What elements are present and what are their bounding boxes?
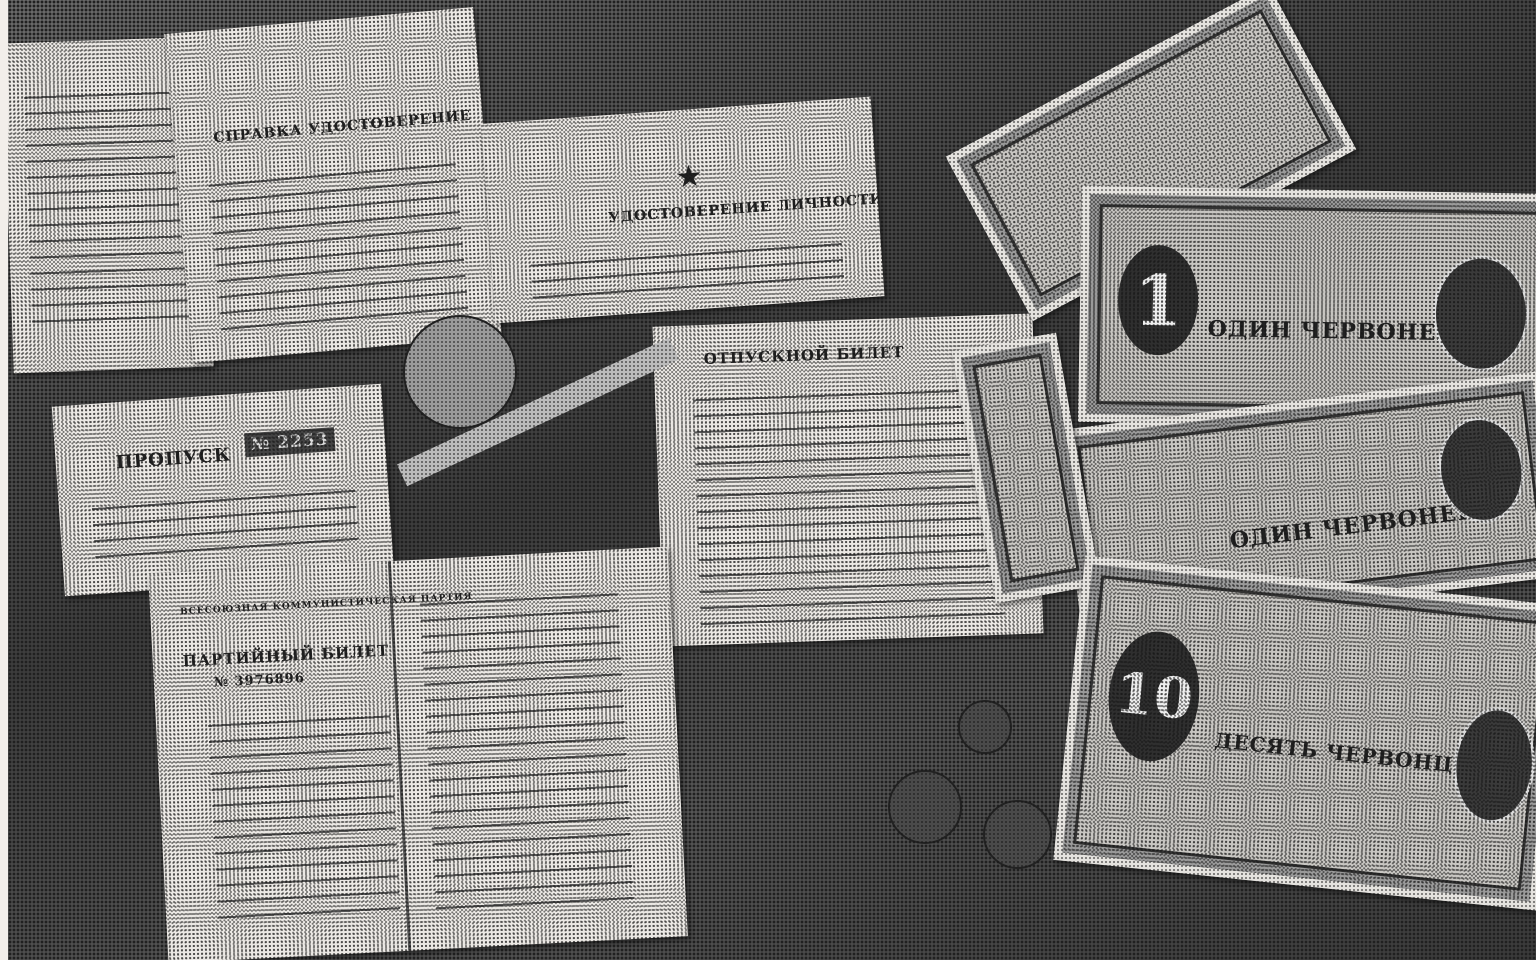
- banknote-label: Один червонец: [1207, 316, 1458, 346]
- coin: [983, 800, 1052, 869]
- red-army-id-booklet: ★ Удостоверение личности: [481, 97, 884, 324]
- certificate-title: Справка удостоверение: [213, 108, 472, 146]
- coin: [958, 700, 1012, 754]
- badge: [403, 315, 517, 429]
- certificate-document: Справка удостоверение: [164, 7, 502, 363]
- photograph: Справка удостоверение ★ Удостоверение ли…: [8, 0, 1536, 960]
- red-army-id-title: Удостоверение личности: [608, 191, 885, 226]
- coin: [888, 770, 962, 844]
- leave-ticket-title: Отпускной билет: [703, 343, 904, 368]
- star-emblem-icon: ★: [675, 159, 704, 196]
- banknote-ten-chervontsev: 10 Десять червонцев: [1053, 555, 1536, 910]
- pass-title: Пропуск: [115, 444, 232, 473]
- party-card-title: Партийный билет: [182, 641, 389, 670]
- party-card-booklet: Всесоюзная коммунистическая партия Парти…: [148, 547, 688, 960]
- party-card-number: № 3976896: [214, 671, 306, 691]
- pass-number: № 2253: [244, 427, 335, 457]
